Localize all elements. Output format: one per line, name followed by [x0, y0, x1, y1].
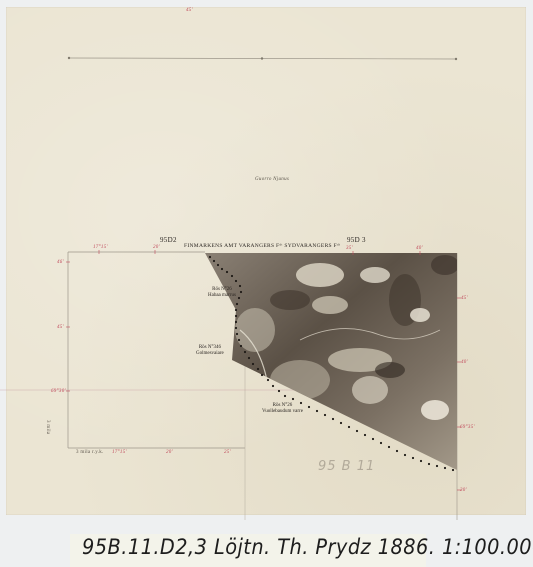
top-index-line — [68, 57, 457, 60]
catalog-label: 95B.11.D2,3 Löjtn. Th. Prydz 1886. 1:100… — [82, 535, 533, 559]
terrain-relief — [200, 250, 460, 475]
coord-right-2: 69°35' — [460, 425, 475, 430]
pencil-note: 95 B 11 — [318, 459, 375, 474]
map-graphics — [0, 0, 533, 567]
coord-top-row-0: 17°15' — [93, 245, 108, 250]
coord-top-row-4: 35' — [346, 246, 353, 251]
sheet-id-right: 95D 3 — [347, 236, 366, 244]
coord-right-0: 45' — [461, 296, 468, 301]
scale-text-bottom: 3 mila r.y.k. — [76, 450, 104, 455]
scale-text-left: 3 mila — [45, 420, 50, 434]
coord-left-mid: 45' — [57, 325, 64, 330]
coord-right-3: 30' — [460, 488, 467, 493]
place-label-roset-1: Rös N°26 Habaa marrus — [208, 287, 236, 299]
place-line2: Vuollebaudum varre — [262, 409, 303, 415]
coord-top-row-1: 20' — [153, 245, 160, 250]
place-label-roset-2: Rös N°346 Golmesvaiare — [196, 345, 224, 357]
coord-left-top: 46' — [57, 260, 64, 265]
place-line2: Golmesvaiare — [196, 351, 224, 357]
coord-right-1: 40' — [461, 360, 468, 365]
place-line2: Habaa marrus — [208, 293, 236, 299]
place-label-roset-3: Rös N°26 Vuollebaudum varre — [262, 403, 303, 415]
coord-top-row-5: 40' — [416, 246, 423, 251]
coord-bottom-row-0: 17°15' — [112, 450, 127, 455]
sheet-id-left: 95D2 — [160, 236, 177, 244]
coord-left-low: 69°30' — [51, 389, 66, 394]
coord-bottom-row-2: 25' — [224, 450, 231, 455]
upper-place-label: Guorro Njunus — [255, 177, 289, 182]
coord-top: 45' — [186, 8, 193, 13]
map-header-title: FINMARKENS AMT VARANGERS Fᵈᵗ SYDVARANGER… — [184, 243, 340, 249]
coord-bottom-row-1: 20' — [166, 450, 173, 455]
